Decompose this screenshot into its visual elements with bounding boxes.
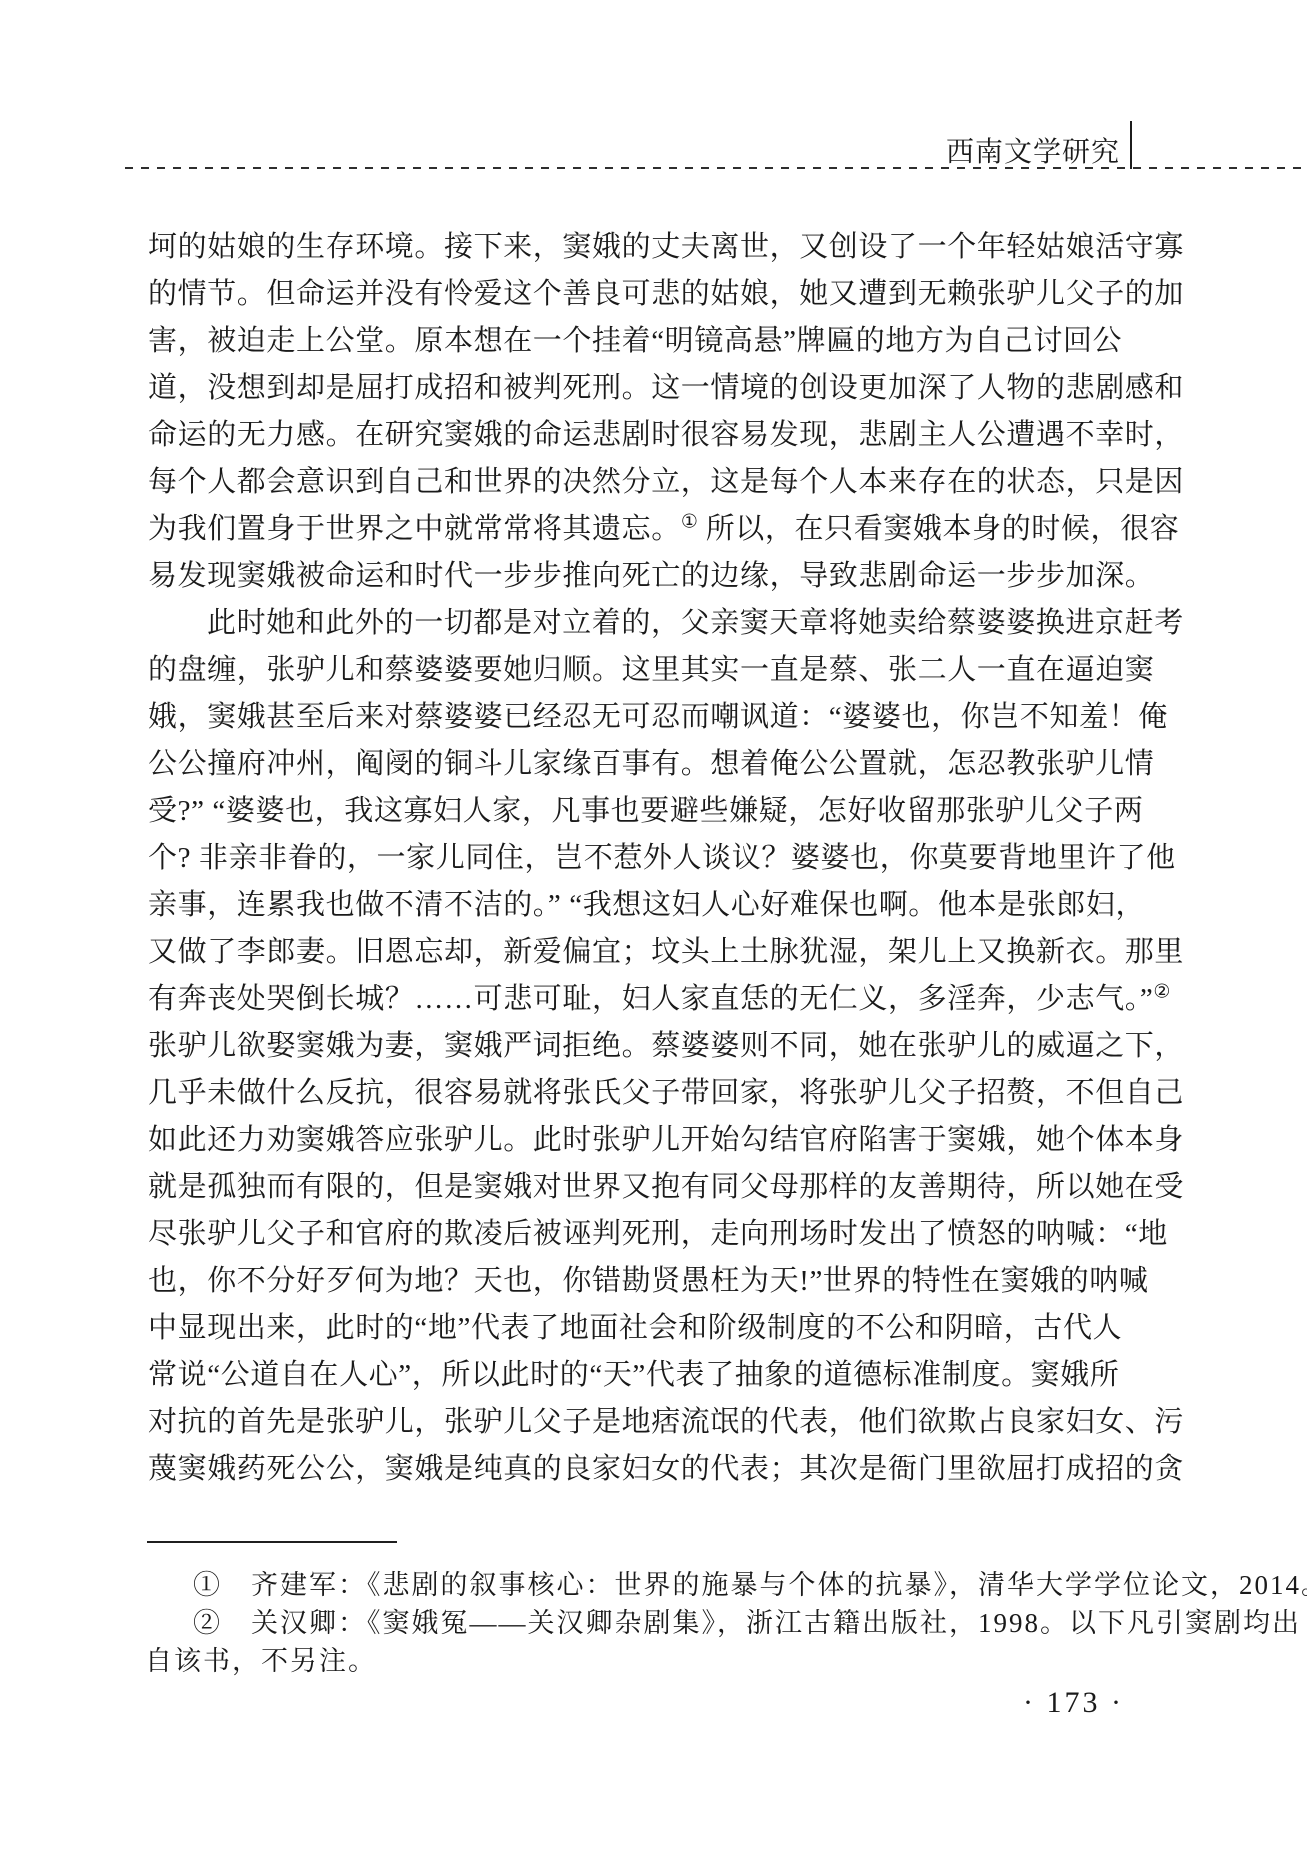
body-line: 受?” “婆婆也，我这寡妇人家，凡事也要避些嫌疑，怎好收留那张驴儿父子两 (148, 788, 1190, 835)
body-line: 蔑窦娥药死公公，窦娥是纯真的良家妇女的代表；其次是衙门里欲屈打成招的贪 (148, 1446, 1190, 1493)
header-dashed-rule (125, 167, 1305, 169)
body-line: 几乎未做什么反抗，很容易就将张氏父子带回家，将张驴儿父子招赘，不但自己 (148, 1070, 1190, 1117)
body-line: 此时她和此外的一切都是对立着的，父亲窦天章将她卖给蔡婆婆换进京赶考 (148, 600, 1190, 647)
body-line: 有奔丧处哭倒长城？……可悲可耻，妇人家直恁的无仁义，多淫奔，少志气。”② (148, 976, 1190, 1023)
footnote-separator (147, 1541, 397, 1543)
body-line: 也，你不分好歹何为地？天也，你错勘贤愚枉为天!”世界的特性在窦娥的呐喊 (148, 1258, 1190, 1305)
body-line: 命运的无力感。在研究窦娥的命运悲剧时很容易发现，悲剧主人公遭遇不幸时， (148, 412, 1190, 459)
footnote-line: 自该书，不另注。 (145, 1642, 1193, 1680)
body-line: 易发现窦娥被命运和时代一步步推向死亡的边缘，导致悲剧命运一步步加深。 (148, 553, 1190, 600)
body-line: 尽张驴儿父子和官府的欺凌后被诬判死刑，走向刑场时发出了愤怒的呐喊：“地 (148, 1211, 1190, 1258)
document-page: 西南文学研究 坷的姑娘的生存环境。接下来，窦娥的丈夫离世，又创设了一个年轻姑娘活… (0, 0, 1307, 1859)
body-line: 又做了李郎妻。旧恩忘却，新爱偏宜；坟头上土脉犹湿，架儿上又换新衣。那里 (148, 929, 1190, 976)
body-line: 道，没想到却是屈打成招和被判死刑。这一情境的创设更加深了人物的悲剧感和 (148, 365, 1190, 412)
body-line: 坷的姑娘的生存环境。接下来，窦娥的丈夫离世，又创设了一个年轻姑娘活守寡 (148, 224, 1190, 271)
body-line: 个? 非亲非眷的，一家儿同住，岂不惹外人谈议？婆婆也，你莫要背地里许了他 (148, 835, 1190, 882)
body-line: 害，被迫走上公堂。原本想在一个挂着“明镜高悬”牌匾的地方为自己讨回公 (148, 318, 1190, 365)
footnote-reference: ① (681, 511, 698, 532)
header-vertical-rule (1130, 121, 1132, 169)
body-line: 公公撞府冲州，阄阌的铜斗儿家缘百事有。想着俺公公置就，怎忍教张驴儿情 (148, 741, 1190, 788)
body-line: 常说“公道自在人心”，所以此时的“天”代表了抽象的道德标准制度。窦娥所 (148, 1352, 1190, 1399)
footnote-reference: ② (1153, 981, 1170, 1002)
body-line: 娥，窦娥甚至后来对蔡婆婆已经忍无可忍而嘲讽道：“婆婆也，你岂不知羞！俺 (148, 694, 1190, 741)
body-line: 就是孤独而有限的，但是窦娥对世界又抱有同父母那样的友善期待，所以她在受 (148, 1164, 1190, 1211)
footnote-line: ② 关汉卿：《窦娥冤——关汉卿杂剧集》，浙江古籍出版社，1998。以下凡引窦剧均… (145, 1604, 1193, 1642)
body-line: 的盘缠，张驴儿和蔡婆婆要她归顺。这里其实一直是蔡、张二人一直在逼迫窦 (148, 647, 1190, 694)
article-body: 坷的姑娘的生存环境。接下来，窦娥的丈夫离世，又创设了一个年轻姑娘活守寡的情节。但… (148, 224, 1190, 1493)
page-number: · 173 · (1023, 1686, 1124, 1720)
body-line: 对抗的首先是张驴儿，张驴儿父子是地痞流氓的代表，他们欲欺占良家妇女、污 (148, 1399, 1190, 1446)
body-line: 亲事，连累我也做不清不洁的。” “我想这妇人心好难保也啊。他本是张郎妇， (148, 882, 1190, 929)
body-line: 张驴儿欲娶窦娥为妻，窦娥严词拒绝。蔡婆婆则不同，她在张驴儿的威逼之下， (148, 1023, 1190, 1070)
body-line: 的情节。但命运并没有怜爱这个善良可悲的姑娘，她又遭到无赖张驴儿父子的加 (148, 271, 1190, 318)
body-line: 中显现出来，此时的“地”代表了地面社会和阶级制度的不公和阴暗，古代人 (148, 1305, 1190, 1352)
body-line: 如此还力劝窦娥答应张驴儿。此时张驴儿开始勾结官府陷害于窦娥，她个体本身 (148, 1117, 1190, 1164)
journal-title: 西南文学研究 (946, 130, 1120, 170)
footnotes: ① 齐建军：《悲剧的叙事核心：世界的施暴与个体的抗暴》，清华大学学位论文，201… (145, 1566, 1193, 1680)
footnote-line: ① 齐建军：《悲剧的叙事核心：世界的施暴与个体的抗暴》，清华大学学位论文，201… (145, 1566, 1193, 1604)
body-line: 为我们置身于世界之中就常常将其遗忘。① 所以，在只看窦娥本身的时候，很容 (148, 506, 1190, 553)
body-line: 每个人都会意识到自己和世界的决然分立，这是每个人本来存在的状态，只是因 (148, 459, 1190, 506)
